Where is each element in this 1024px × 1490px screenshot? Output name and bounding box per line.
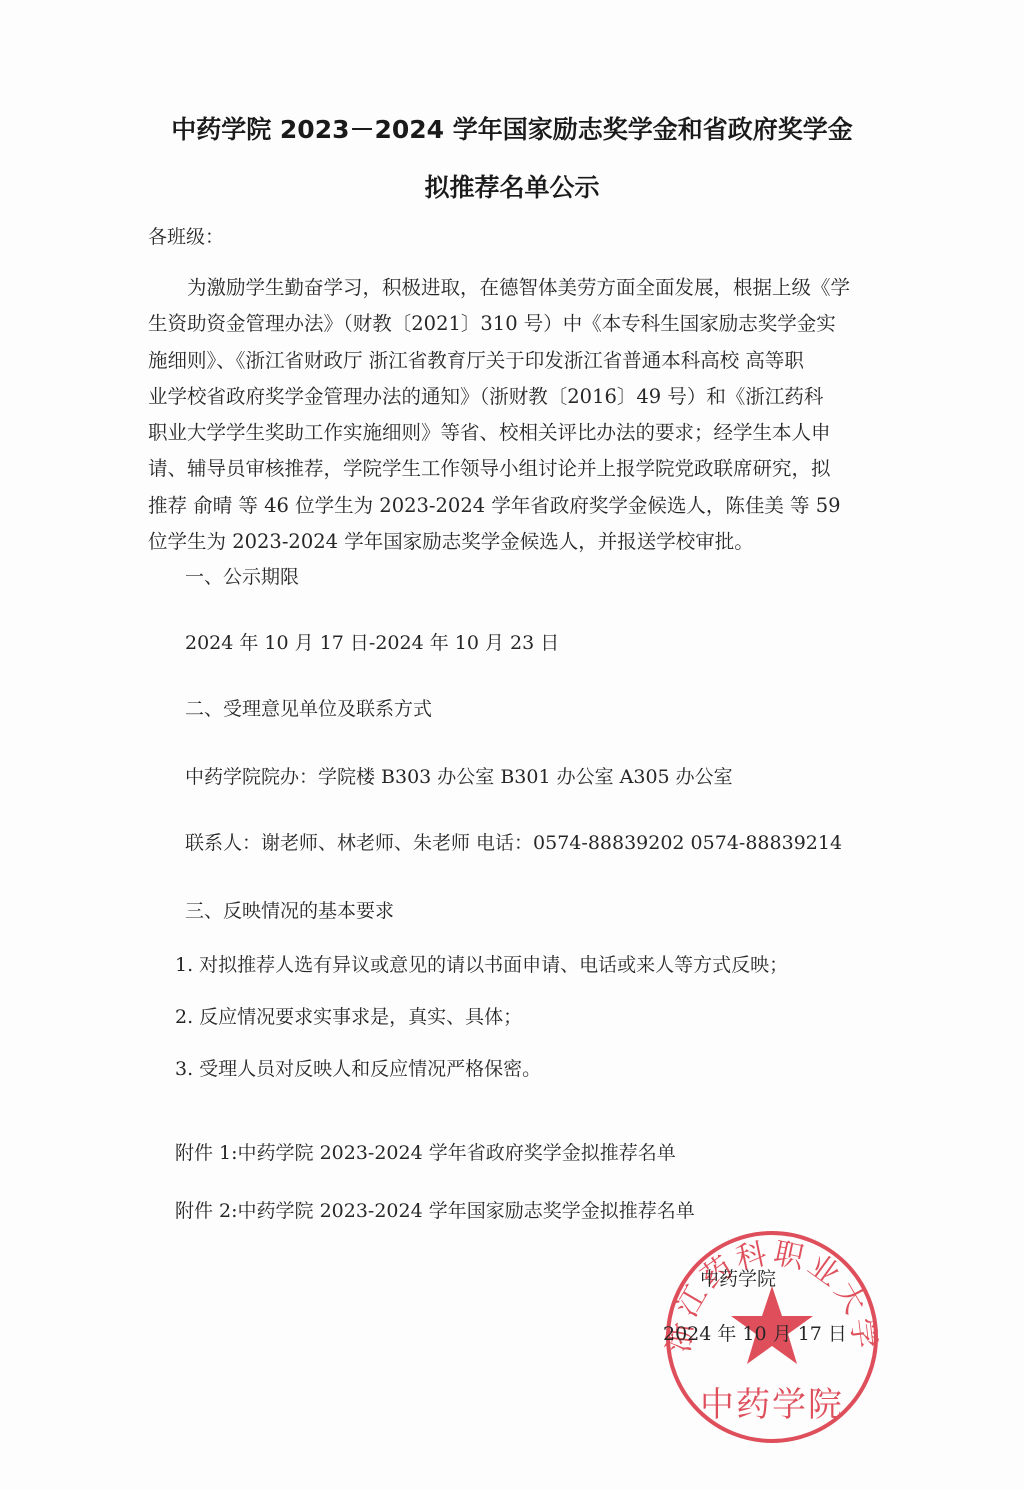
- paragraph-line: 位学生为 2023-2024 学年国家励志奖学金候选人，并报送学校审批。: [148, 524, 880, 560]
- notice-period: 2024 年 10 月 17 日-2024 年 10 月 23 日: [185, 628, 559, 655]
- signature-org: 中药学院: [700, 1264, 776, 1291]
- paragraph-line: 推荐 俞晴 等 46 位学生为 2023-2024 学年省政府奖学金候选人，陈佳…: [148, 488, 880, 524]
- paragraph-line: 职业大学学生奖助工作实施细则》等省、校相关评比办法的要求；经学生本人申: [148, 415, 880, 451]
- office-location: 中药学院院办：学院楼 B303 办公室 B301 办公室 A305 办公室: [185, 762, 733, 789]
- paragraph-line: 业学校省政府奖学金管理办法的通知》（浙财教〔2016〕49 号）和《浙江药科: [148, 379, 880, 415]
- paragraph-line: 为激励学生勤奋学习，积极进取，在德智体美劳方面全面发展，根据上级《学: [148, 270, 880, 306]
- paragraph-line: 施细则》、《浙江省财政厅 浙江省教育厅关于印发浙江省普通本科高校 高等职: [148, 343, 880, 379]
- document-title: 中药学院 2023－2024 学年国家励志奖学金和省政府奖学金: [0, 110, 1024, 146]
- document-subtitle: 拟推荐名单公示: [0, 168, 1024, 204]
- salutation: 各班级：: [148, 222, 224, 249]
- contact-info: 联系人：谢老师、林老师、朱老师 电话：0574-88839202 0574-88…: [185, 828, 842, 855]
- seal-center-text: 中药学院: [700, 1385, 844, 1425]
- requirement-item: 1. 对拟推荐人选有异议或意见的请以书面申请、电话或来人等方式反映；: [175, 950, 788, 977]
- requirement-item: 2. 反应情况要求实事求是，真实、具体；: [175, 1002, 522, 1029]
- section-heading-requirements: 三、反映情况的基本要求: [185, 896, 394, 923]
- section-heading-contact: 二、受理意见单位及联系方式: [185, 694, 432, 721]
- notice-page: 中药学院 2023－2024 学年国家励志奖学金和省政府奖学金 拟推荐名单公示 …: [0, 0, 1024, 1490]
- paragraph-line: 生资助资金管理办法》（财教〔2021〕310 号）中《本专科生国家励志奖学金实: [148, 306, 880, 342]
- section-heading-period: 一、公示期限: [185, 562, 299, 589]
- attachment-item: 附件 1:中药学院 2023-2024 学年省政府奖学金拟推荐名单: [175, 1138, 676, 1165]
- signature-date: 2024 年 10 月 17 日: [663, 1319, 847, 1346]
- attachment-item: 附件 2:中药学院 2023-2024 学年国家励志奖学金拟推荐名单: [175, 1196, 695, 1223]
- body-paragraph: 为激励学生勤奋学习，积极进取，在德智体美劳方面全面发展，根据上级《学 生资助资金…: [148, 270, 880, 560]
- requirement-item: 3. 受理人员对反映人和反应情况严格保密。: [175, 1054, 541, 1081]
- paragraph-line: 请、辅导员审核推荐，学院学生工作领导小组讨论并上报学院党政联席研究，拟: [148, 451, 880, 487]
